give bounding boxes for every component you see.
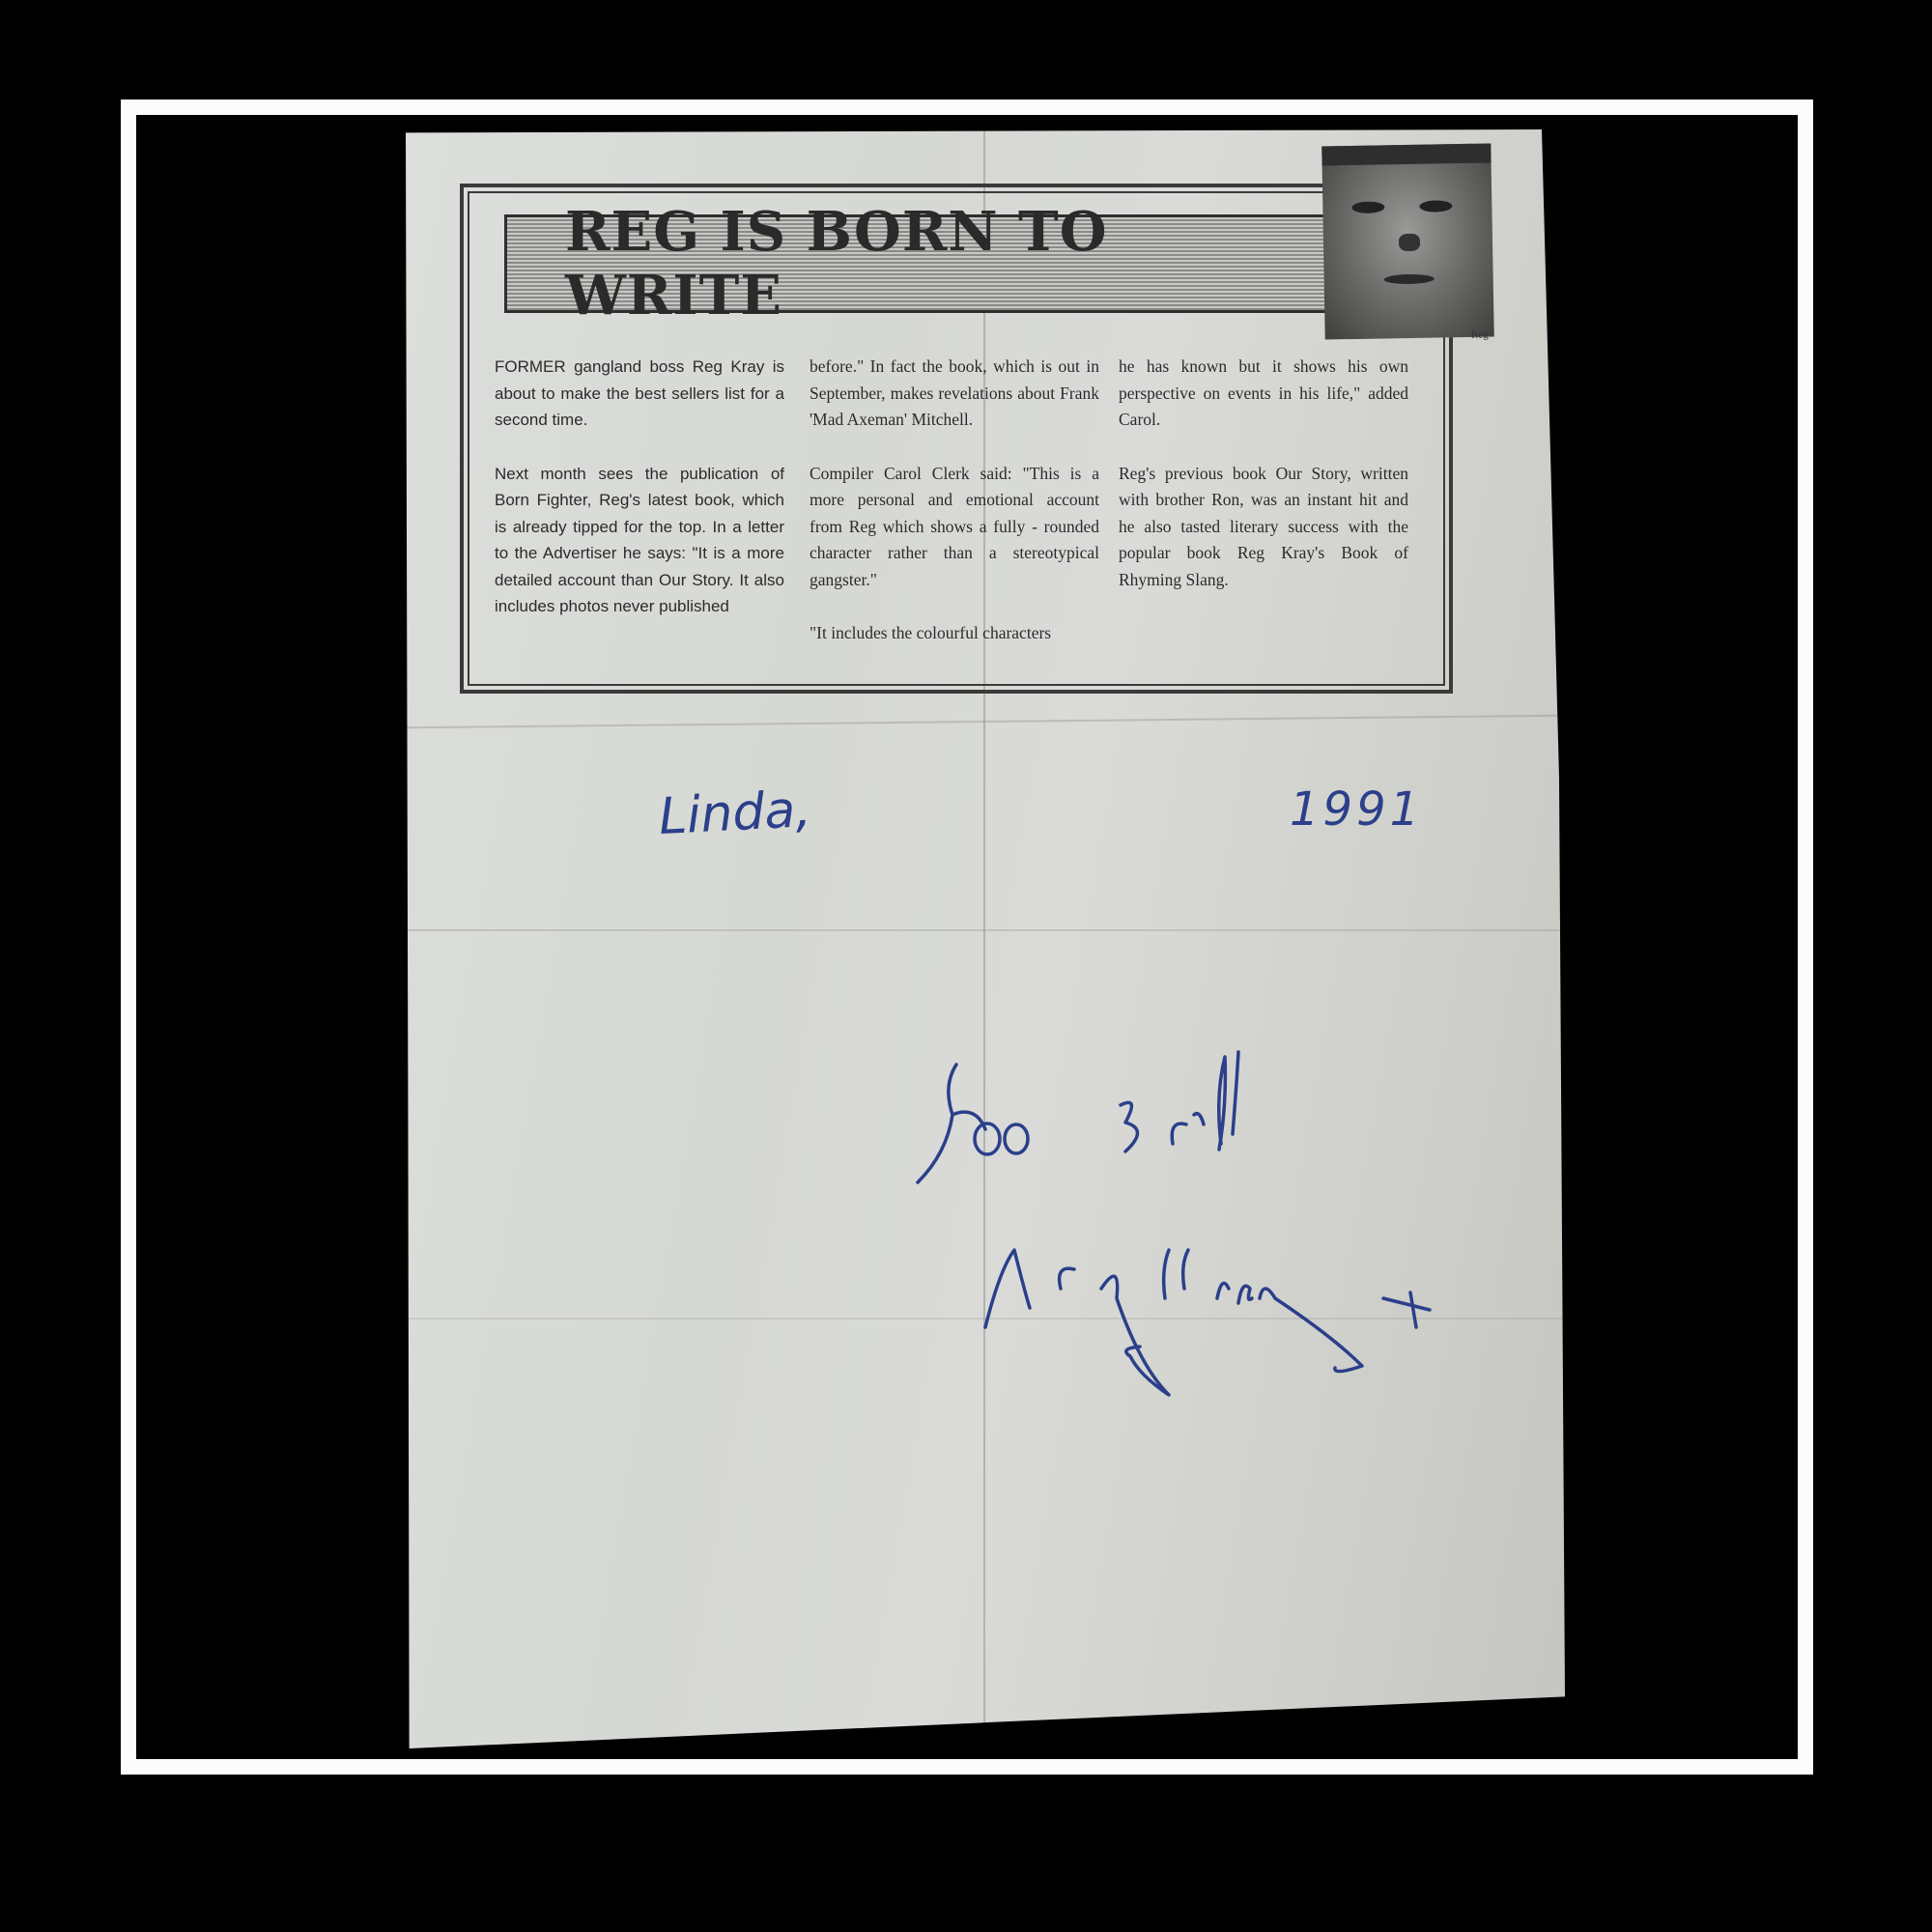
paper-sheet: REG IS BORN TO WRITE Reg FORMER gangland… (406, 129, 1565, 1748)
handwritten-signature (406, 129, 1565, 1748)
